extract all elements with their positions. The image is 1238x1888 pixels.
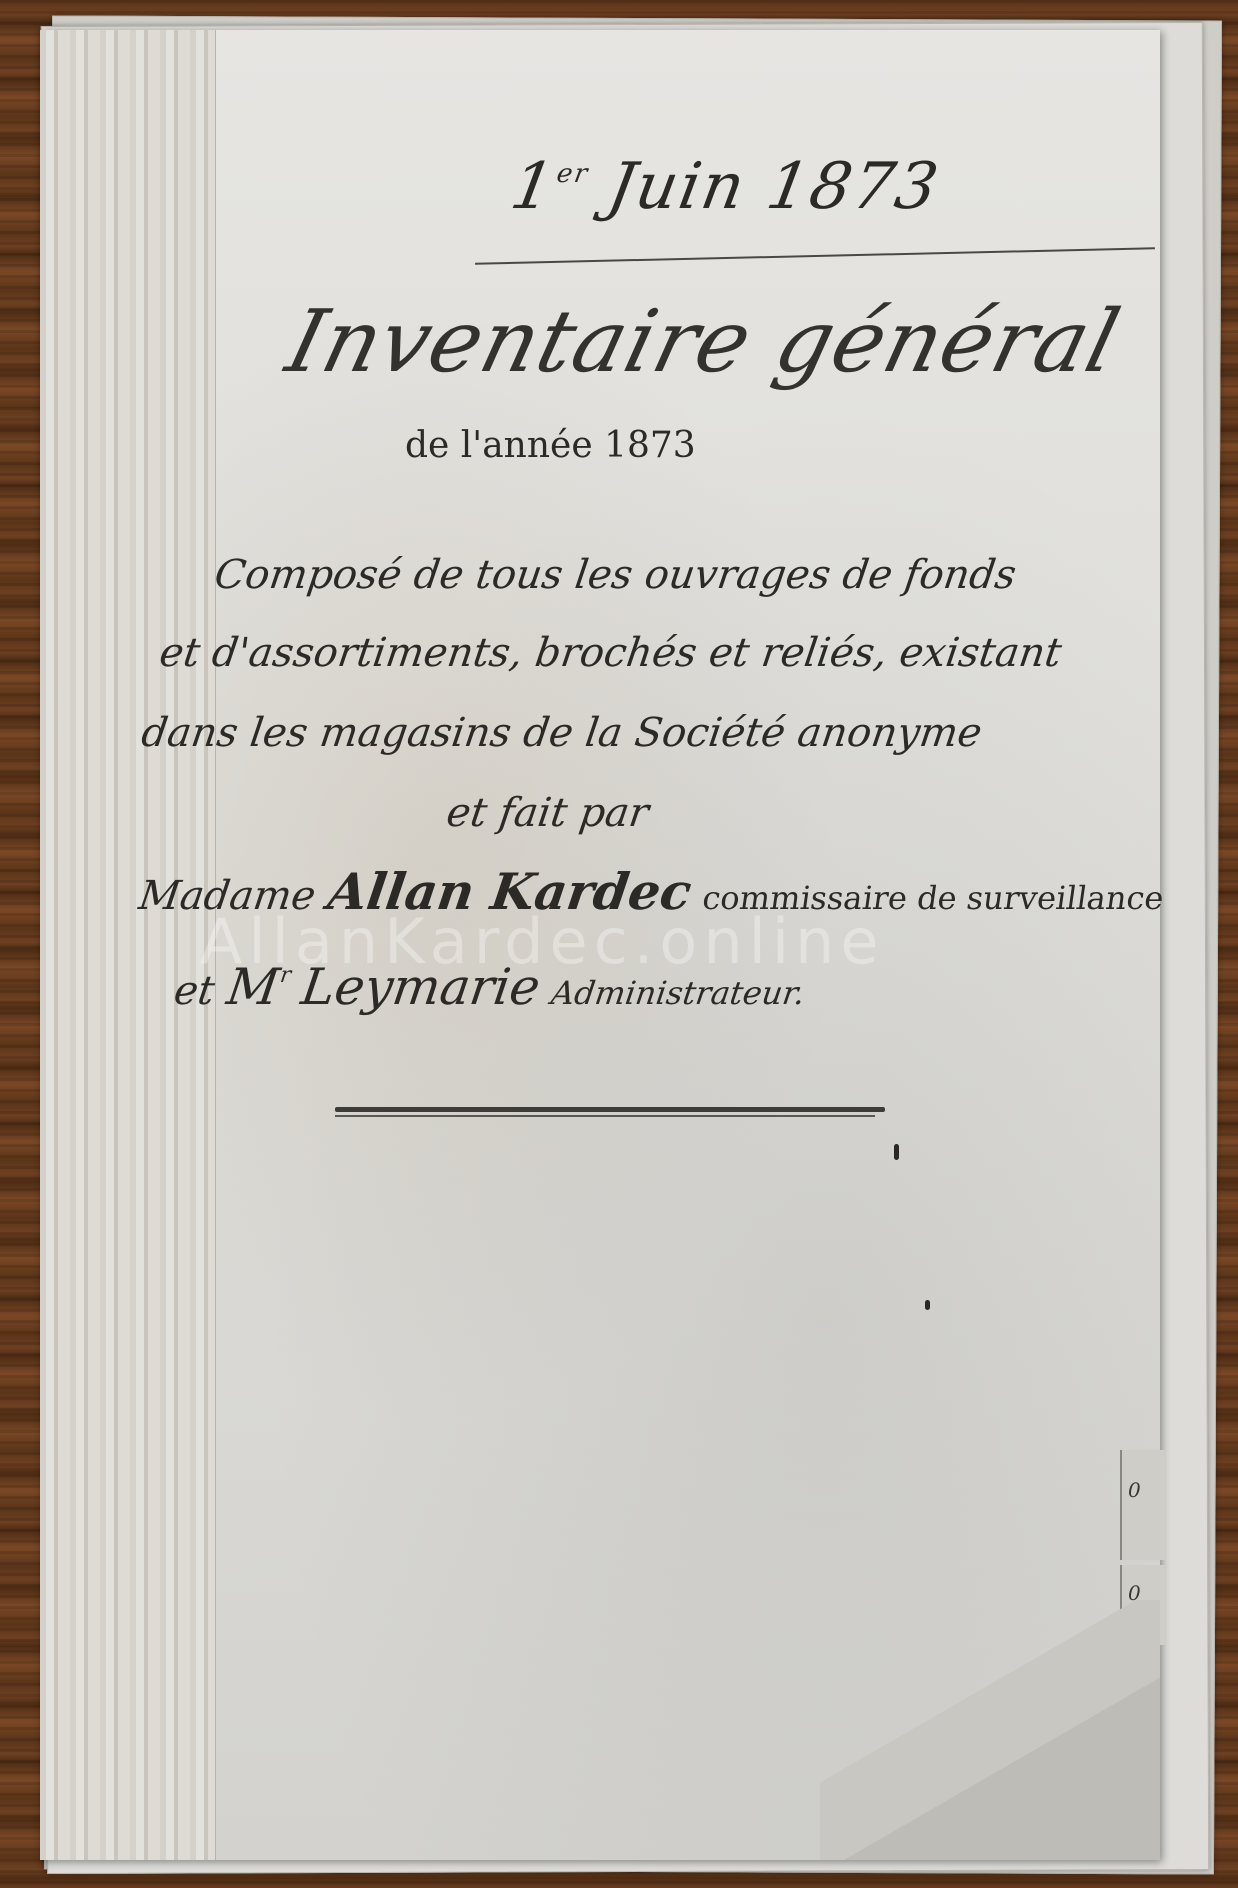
body-line: et fait par <box>444 790 652 836</box>
signatory-line-2: et Mr Leymarie Administrateur. <box>171 958 810 1016</box>
rule-thick <box>335 1107 885 1112</box>
rule-thin <box>335 1115 875 1117</box>
torn-page-edge: 0 <box>1120 1450 1166 1560</box>
ink-mark <box>925 1300 930 1310</box>
margin-mark: 0 <box>1128 1478 1141 1502</box>
folded-corner <box>820 1600 1160 1860</box>
date-month-year: Juin 1873 <box>602 150 945 224</box>
signatory-title: M <box>223 958 282 1016</box>
double-rule-divider <box>335 1107 885 1117</box>
document-subtitle: de l'année 1873 <box>405 425 696 466</box>
signatory-prefix: et <box>171 968 217 1014</box>
taped-spine <box>40 30 216 1860</box>
document-date: 1er Juin 1873 <box>505 150 945 224</box>
body-line: dans les magasins de la Société anonyme <box>139 710 985 756</box>
signatory-name: Leymarie <box>298 958 544 1016</box>
body-line: Composé de tous les ouvrages de fonds <box>212 552 1019 598</box>
signatory-title-suffix: r <box>279 963 293 988</box>
signatory-role: Administrateur. <box>549 974 807 1012</box>
date-day-suffix: er <box>554 159 591 189</box>
document-title: Inventaire général <box>278 292 1130 392</box>
body-line: et d'assortiments, brochés et reliés, ex… <box>157 630 1065 676</box>
ink-mark <box>894 1144 899 1160</box>
